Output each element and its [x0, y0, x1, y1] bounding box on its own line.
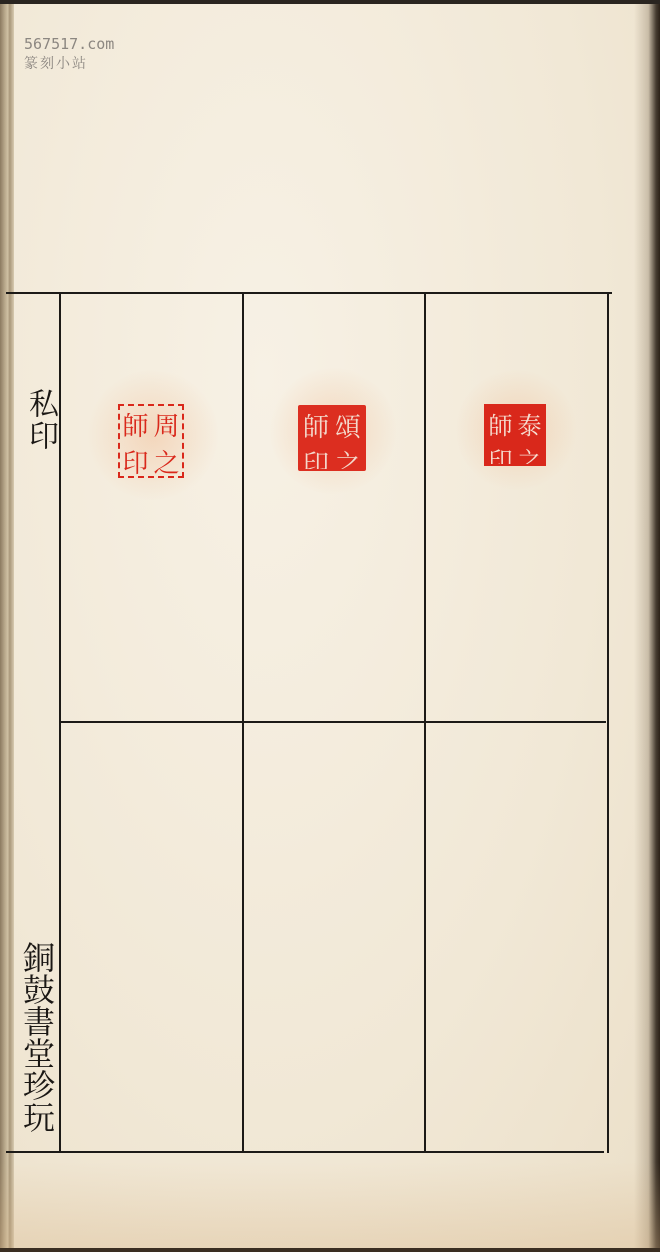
- seal-glyph: 周: [151, 406, 182, 443]
- seal-glyph: 頌: [332, 407, 364, 444]
- seal-glyph: 之: [151, 443, 182, 478]
- seal-glyph: 之: [515, 441, 544, 466]
- seal-glyph: 之: [332, 444, 364, 471]
- side-label-collection-title: 銅鼓書堂珍玩: [6, 922, 56, 1152]
- page-bottom-edge: [0, 1248, 660, 1252]
- seal-impression-1: 周 之 師 印: [118, 404, 184, 478]
- seal-glyph: 師: [486, 406, 515, 441]
- seal-glyph: 泰: [515, 406, 544, 441]
- grid-bottom-border: [6, 1151, 604, 1153]
- watermark: 567517.com 篆刻小站: [24, 34, 114, 74]
- seal-glyph: 印: [120, 443, 151, 478]
- side-label-private-seal: 私印: [8, 380, 58, 460]
- seal-impression-2: 頌 之 師 印: [298, 405, 366, 471]
- empty-seal-cell: [244, 723, 424, 1151]
- page-top-edge: [0, 0, 660, 4]
- page-right-shadow: [634, 0, 660, 1252]
- page-bottom-stain: [0, 1162, 660, 1252]
- seal-impression-3: 泰 之 師 印: [484, 404, 546, 466]
- seal-glyph: 印: [300, 444, 332, 471]
- book-page: 567517.com 篆刻小站 私印 銅鼓書堂珍玩 周 之 師 印 頌 之 師 …: [0, 0, 660, 1252]
- seal-glyph: 印: [486, 441, 515, 466]
- empty-seal-cell: [426, 723, 607, 1151]
- seal-glyph: 師: [120, 406, 151, 443]
- watermark-site-name: 篆刻小站: [24, 54, 114, 74]
- grid-top-border: [6, 292, 612, 294]
- watermark-domain: 567517.com: [24, 34, 114, 54]
- seal-glyph: 師: [300, 407, 332, 444]
- empty-seal-cell: [61, 723, 242, 1151]
- grid-right-border: [607, 294, 609, 1153]
